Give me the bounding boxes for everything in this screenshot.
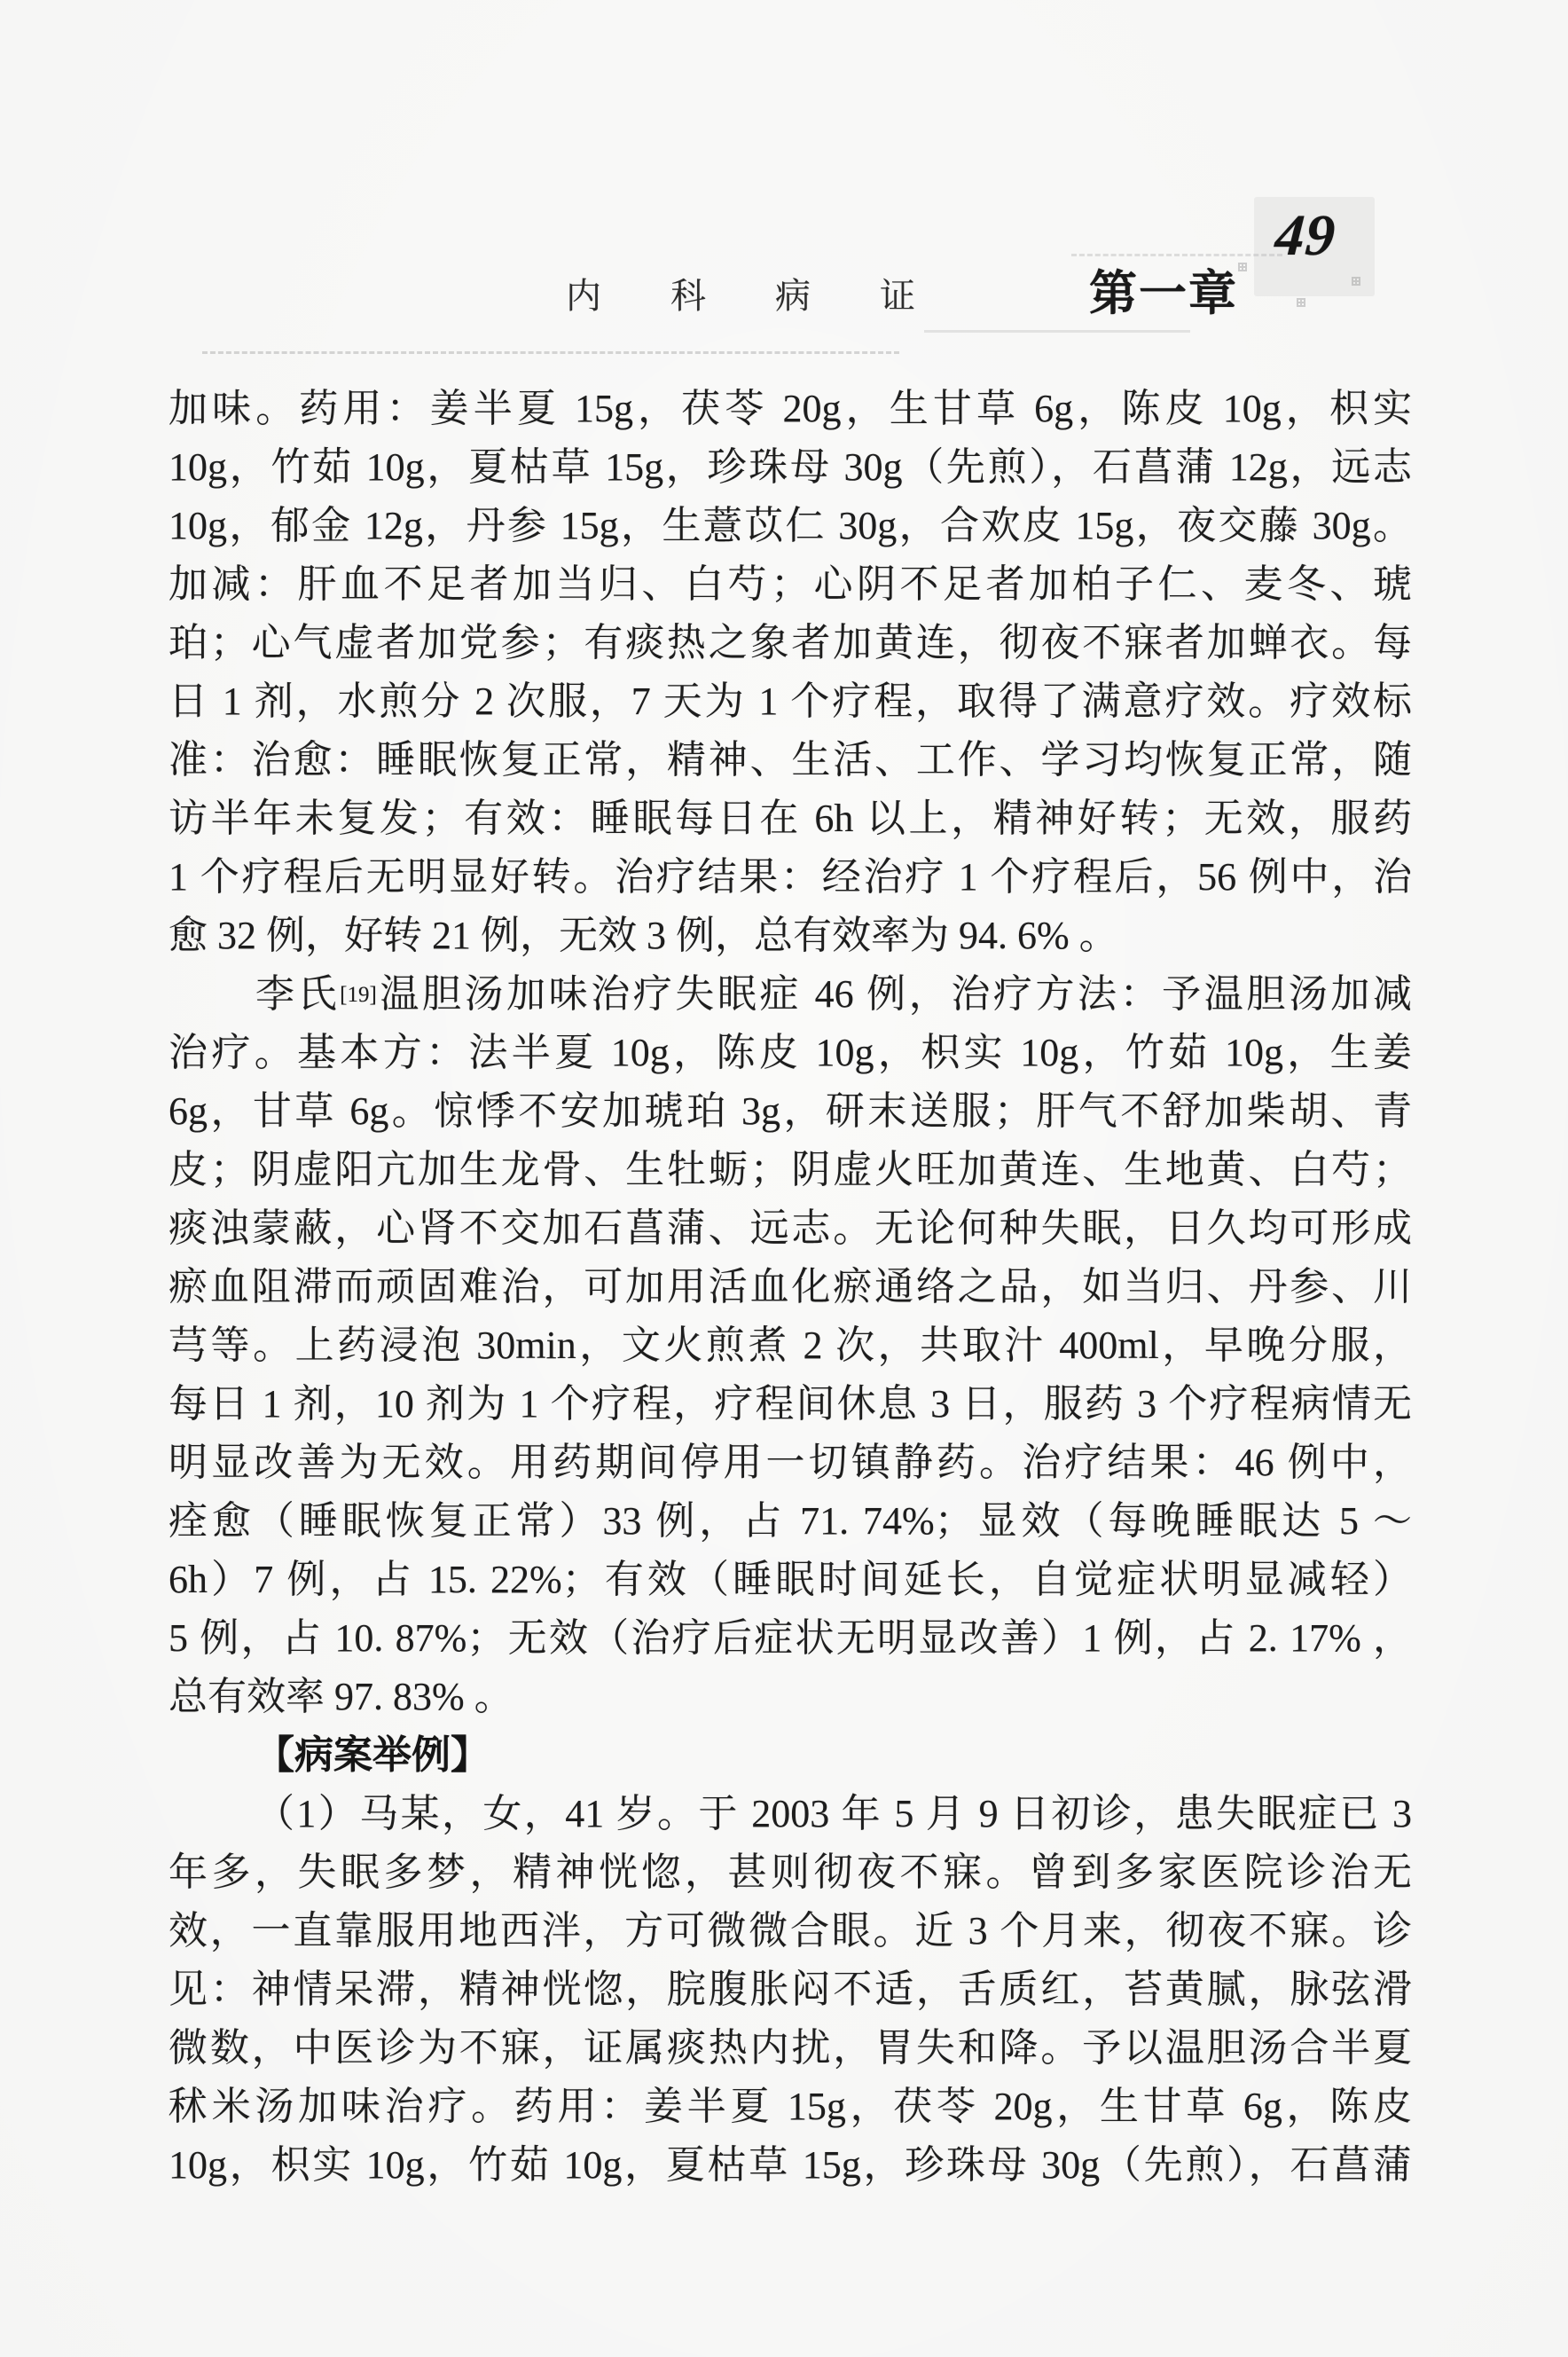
text-line: 痰浊蒙蔽，心肾不交加石菖蒲、远志。无论何种失眠，日久均可形成 bbox=[169, 1199, 1412, 1258]
body-text: 加味。药用：姜半夏 15g，茯苓 20g，生甘草 6g，陈皮 10g，枳实10g… bbox=[169, 380, 1412, 2195]
text-line: 皮；阴虚阳亢加生龙骨、生牡蛎；阴虚火旺加黄连、生地黄、白芍； bbox=[169, 1141, 1412, 1199]
header-rule-artifact bbox=[1071, 254, 1282, 256]
text-line: 总有效率 97. 83% 。 bbox=[169, 1668, 1412, 1726]
page-number: 49 bbox=[1273, 202, 1337, 270]
text-line: 见：神情呆滞，精神恍惚，脘腹胀闷不适，舌质红，苔黄腻，脉弦滑 bbox=[169, 1960, 1412, 2019]
text-line: 瘀血阻滞而顽固难治，可加用活血化瘀通络之品，如当归、丹参、川 bbox=[169, 1258, 1412, 1316]
text-line: 10g，郁金 12g，丹参 15g，生薏苡仁 30g，合欢皮 15g，夜交藤 3… bbox=[169, 497, 1412, 555]
text-line: 1 个疗程后无明显好转。治疗结果：经治疗 1 个疗程后，56 例中，治 bbox=[169, 848, 1412, 907]
chapter-title: 第一章 bbox=[1089, 255, 1238, 324]
text-line: 年多，失眠多梦，精神恍惚，甚则彻夜不寐。曾到多家医院诊治无 bbox=[169, 1843, 1412, 1902]
scan-speckle bbox=[1297, 298, 1305, 307]
text-line: 加味。药用：姜半夏 15g，茯苓 20g，生甘草 6g，陈皮 10g，枳实 bbox=[169, 380, 1412, 438]
text-line: 准：治愈：睡眠恢复正常，精神、生活、工作、学习均恢复正常，随 bbox=[169, 731, 1412, 790]
text-line: 明显改善为无效。用药期间停用一切镇静药。治疗结果：46 例中， bbox=[169, 1434, 1412, 1492]
text-line: 愈 32 例，好转 21 例，无效 3 例，总有效率为 94. 6% 。 bbox=[169, 907, 1412, 965]
text-line: 10g，竹茹 10g，夏枯草 15g，珍珠母 30g（先煎），石菖蒲 12g，远… bbox=[169, 438, 1412, 497]
text-line: 微数，中医诊为不寐，证属痰热内扰，胃失和降。予以温胆汤合半夏 bbox=[169, 2019, 1412, 2078]
running-title: 内 科 病 证 bbox=[566, 268, 945, 318]
text-line: 每日 1 剂，10 剂为 1 个疗程，疗程间休息 3 日，服药 3 个疗程病情无 bbox=[169, 1375, 1412, 1434]
reference-superscript: [19] bbox=[340, 983, 377, 1007]
text-line: （1）马某，女，41 岁。于 2003 年 5 月 9 日初诊，患失眠症已 3 bbox=[169, 1785, 1412, 1843]
text-line: 秫米汤加味治疗。药用：姜半夏 15g，茯苓 20g，生甘草 6g，陈皮 bbox=[169, 2078, 1412, 2136]
section-heading: 【病案举例】 bbox=[169, 1726, 1412, 1785]
text-line: 效，一直靠服用地西泮，方可微微合眼。近 3 个月来，彻夜不寐。诊 bbox=[169, 1902, 1412, 1960]
text-line: 珀；心气虚者加党参；有痰热之象者加黄连，彻夜不寐者加蝉衣。每 bbox=[169, 614, 1412, 672]
text-line: 芎等。上药浸泡 30min，文火煎煮 2 次，共取汁 400ml，早晚分服， bbox=[169, 1316, 1412, 1375]
text-line: 痊愈（睡眠恢复正常）33 例，占 71. 74%；显效（每晚睡眠达 5 ～ bbox=[169, 1492, 1412, 1551]
scan-speckle bbox=[1238, 263, 1247, 271]
text-line: 日 1 剂，水煎分 2 次服，7 天为 1 个疗程，取得了满意疗效。疗效标 bbox=[169, 672, 1412, 731]
text-line: 加减：肝血不足者加当归、白芍；心阴不足者加柏子仁、麦冬、琥 bbox=[169, 555, 1412, 614]
scanned-book-page: 内 科 病 证 第一章 49 加味。药用：姜半夏 15g，茯苓 20g，生甘草 … bbox=[0, 0, 1568, 2357]
text-line: 治疗。基本方：法半夏 10g，陈皮 10g，枳实 10g，竹茹 10g，生姜 bbox=[169, 1024, 1412, 1082]
scan-speckle bbox=[1352, 277, 1360, 286]
text-line: 5 例，占 10. 87%；无效（治疗后症状无明显改善）1 例，占 2. 17%… bbox=[169, 1609, 1412, 1668]
text-line: 10g，枳实 10g，竹茹 10g，夏枯草 15g，珍珠母 30g（先煎），石菖… bbox=[169, 2136, 1412, 2195]
text-line: 访半年未复发；有效：睡眠每日在 6h 以上，精神好转；无效，服药 bbox=[169, 790, 1412, 848]
text-line: 6h）7 例，占 15. 22%；有效（睡眠时间延长，自觉症状明显减轻） bbox=[169, 1551, 1412, 1609]
text-line: 李氏[19]温胆汤加味治疗失眠症 46 例，治疗方法：予温胆汤加减 bbox=[169, 965, 1412, 1024]
header-rule-artifact bbox=[202, 351, 899, 354]
header-rule-artifact bbox=[924, 330, 1190, 333]
text-line: 6g，甘草 6g。惊悸不安加琥珀 3g，研末送服；肝气不舒加柴胡、青 bbox=[169, 1082, 1412, 1141]
